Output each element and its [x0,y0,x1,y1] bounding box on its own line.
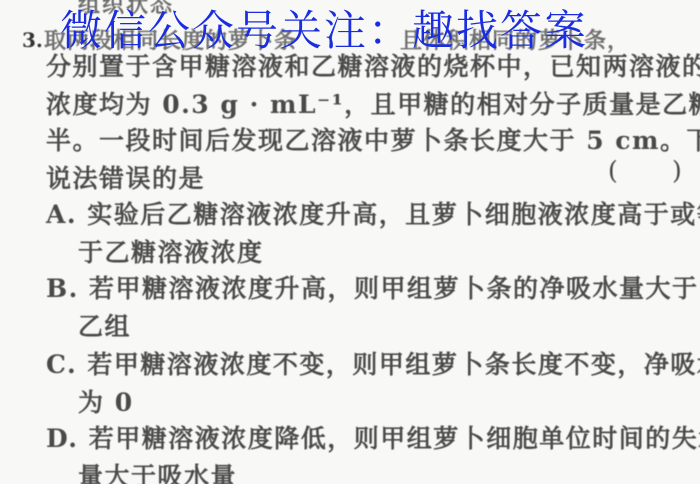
question-line-2: 分别置于含甲糖溶液和乙糖溶液的烧杯中，已知两溶液的 [46,52,700,82]
question-line-4: 半。一段时间后发现乙溶液中萝卜条长度大于 5 cm。下列 [46,126,700,156]
option-c-line-2: 为 0 [78,388,134,418]
option-b-line-1: B. 若甲糖溶液浓度升高，则甲组萝卜条的净吸水量大于 [46,274,699,304]
option-a-line-1: A. 实验后乙糖溶液浓度升高，且萝卜细胞液浓度高于或等 [46,200,700,230]
option-a-line-2: 于乙糖溶液浓度 [78,238,264,268]
document-page: 组织状态 3. 取两段相同长度的萝卜条 且体积相同的萝卜条， 分别置于含甲糖溶液… [0,0,700,484]
watermark-overlay: 微信公众号关注：趣找答案 [60,6,588,56]
question-number: 3. [22,28,43,52]
answer-paren-open: ( [608,156,618,185]
option-d-line-2: 量大于吸水量 [78,462,237,484]
option-d-line-1: D. 若甲糖溶液浓度降低，则甲组萝卜细胞单位时间的失水 [46,424,700,454]
question-line-5: 说法错误的是 [46,164,205,194]
option-c-line-1: C. 若甲糖溶液浓度不变，则甲组萝卜条长度不变，净吸水量 [46,350,700,380]
option-b-line-2: 乙组 [78,312,131,342]
answer-paren-close: ) [672,156,682,185]
question-line-3: 浓度均为 0.3 g · mL⁻¹，且甲糖的相对分子质量是乙糖的一 [46,90,700,120]
